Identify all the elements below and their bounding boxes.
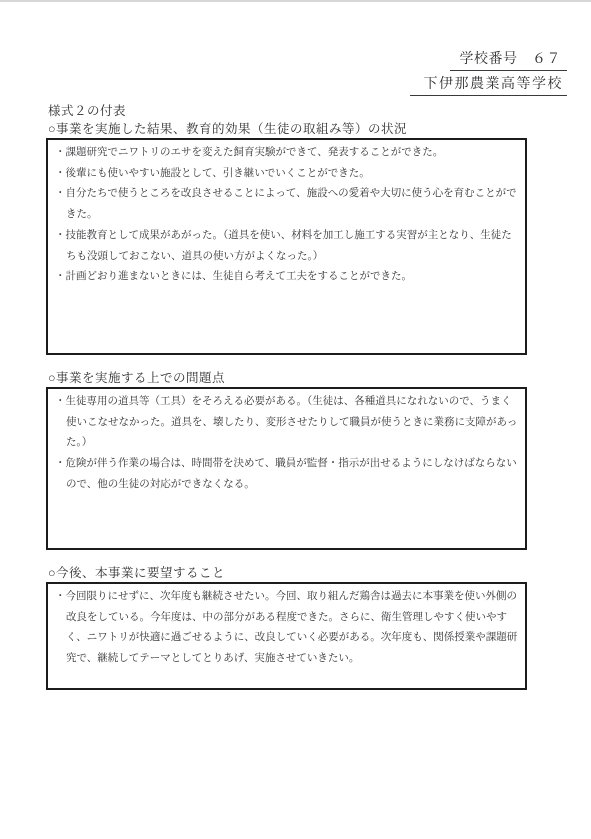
section-heading-problems: ○事業を実施する上での問題点	[48, 371, 591, 386]
bullet-item: ・危険が伴う作業の場合は、時間帯を決めて、職員が監督・指示が出せるようにしなけば…	[55, 454, 520, 495]
bullet-item: ・自分たちで使うところを改良させることによって、施設への愛着や大切に使う心を育む…	[55, 184, 520, 225]
form-label: 様式２の付表	[48, 104, 591, 119]
bullet-item: ・課題研究でニワトリのエサを変えた飼育実験ができて、発表することができた。	[55, 143, 520, 164]
bullet-item: ・後輩にも使いやすい施設として、引き継いでいくことができた。	[55, 164, 520, 185]
school-name-line: 下伊那農業高等学校	[0, 75, 567, 96]
section-box-requests: ・今回限りにせずに、次年度も継続させたい。今回、取り組んだ鶏舎は過去に本事業を使…	[46, 582, 527, 690]
scanned-report-page: { "header": { "school_number": "学校番号 ６７"…	[0, 0, 591, 839]
school-name: 下伊那農業高等学校	[410, 76, 568, 96]
bullet-item: ・技能教育として成果があがった。（道具を使い、材料を加工し施工する実習が主となり…	[55, 226, 520, 267]
section-results: ○事業を実施した結果、教育的効果（生徒の取組み等）の状況 ・課題研究でニワトリの…	[0, 122, 591, 355]
bullet-item: ・生徒専用の道具等（工具）をそろえる必要がある。（生徒は、各種道具になれないので…	[55, 392, 520, 454]
section-requests: ○今後、本事業に要望すること ・今回限りにせずに、次年度も継続させたい。今回、取…	[0, 566, 591, 690]
section-box-results: ・課題研究でニワトリのエサを変えた飼育実験ができて、発表することができた。 ・後…	[46, 138, 527, 355]
scan-top-edge	[0, 0, 591, 2]
bullet-item: ・今回限りにせずに、次年度も継続させたい。今回、取り組んだ鶏舎は過去に本事業を使…	[55, 587, 520, 670]
bullet-item: ・計画どおり進まないときには、生徒自ら考えて工夫をすることができた。	[55, 267, 520, 288]
section-heading-results: ○事業を実施した結果、教育的効果（生徒の取組み等）の状況	[48, 122, 591, 137]
section-heading-requests: ○今後、本事業に要望すること	[48, 566, 591, 581]
document-header: 学校番号 ６７ 下伊那農業高等学校	[0, 0, 591, 96]
section-box-problems: ・生徒専用の道具等（工具）をそろえる必要がある。（生徒は、各種道具になれないので…	[46, 387, 527, 550]
school-number: 学校番号 ６７	[450, 51, 568, 71]
section-problems: ○事業を実施する上での問題点 ・生徒専用の道具等（工具）をそろえる必要がある。（…	[0, 371, 591, 550]
school-number-line: 学校番号 ６７	[0, 50, 567, 71]
